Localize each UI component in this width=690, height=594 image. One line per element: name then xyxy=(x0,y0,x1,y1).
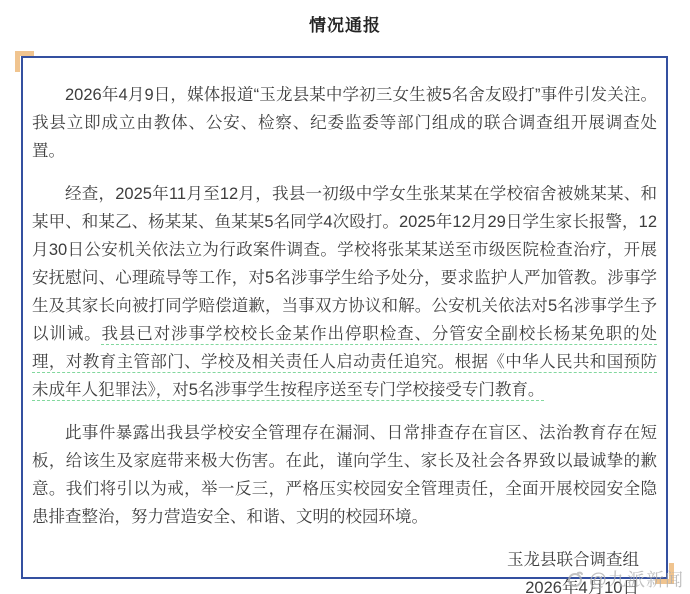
notice-page: 情况通报 2026年4月9日，媒体报道“玉龙县某中学初三女生被5名舍友殴打”事件… xyxy=(0,0,690,594)
signature-date: 2026年4月10日 xyxy=(32,574,639,594)
page-title: 情况通报 xyxy=(0,0,690,36)
watermark: @九派新闻 xyxy=(565,566,684,592)
paragraph-investigation: 经查，2025年11月至12月，我县一初级中学女生张某某在学校宿舍被姚某某、和某… xyxy=(32,180,657,404)
jiupai-news-logo-icon xyxy=(565,569,585,589)
corner-accent-top-left-icon xyxy=(15,51,34,72)
paragraph-intro: 2026年4月9日，媒体报道“玉龙县某中学初三女生被5名舍友殴打”事件引发关注。… xyxy=(32,81,657,165)
paragraph-investigation-underlined-text: 我县已对涉事学校校长金某作出停职检查、分管安全副校长杨某免职的处理，对教育主管部… xyxy=(32,325,657,399)
watermark-text: @九派新闻 xyxy=(589,566,684,592)
signature-organization: 玉龙县联合调查组 xyxy=(32,546,639,574)
paragraph-investigation-plain-text: 经查，2025年11月至12月，我县一初级中学女生张某某在学校宿舍被姚某某、和某… xyxy=(32,185,657,343)
notice-box: 2026年4月9日，媒体报道“玉龙县某中学初三女生被5名舍友殴打”事件引发关注。… xyxy=(21,56,668,579)
paragraph-apology: 此事件暴露出我县学校安全管理存在漏洞、日常排查存在盲区、法治教育存在短板，给该生… xyxy=(32,419,657,531)
signature-block: 玉龙县联合调查组 2026年4月10日 xyxy=(32,546,657,594)
notice-content: 2026年4月9日，媒体报道“玉龙县某中学初三女生被5名舍友殴打”事件引发关注。… xyxy=(23,58,666,594)
